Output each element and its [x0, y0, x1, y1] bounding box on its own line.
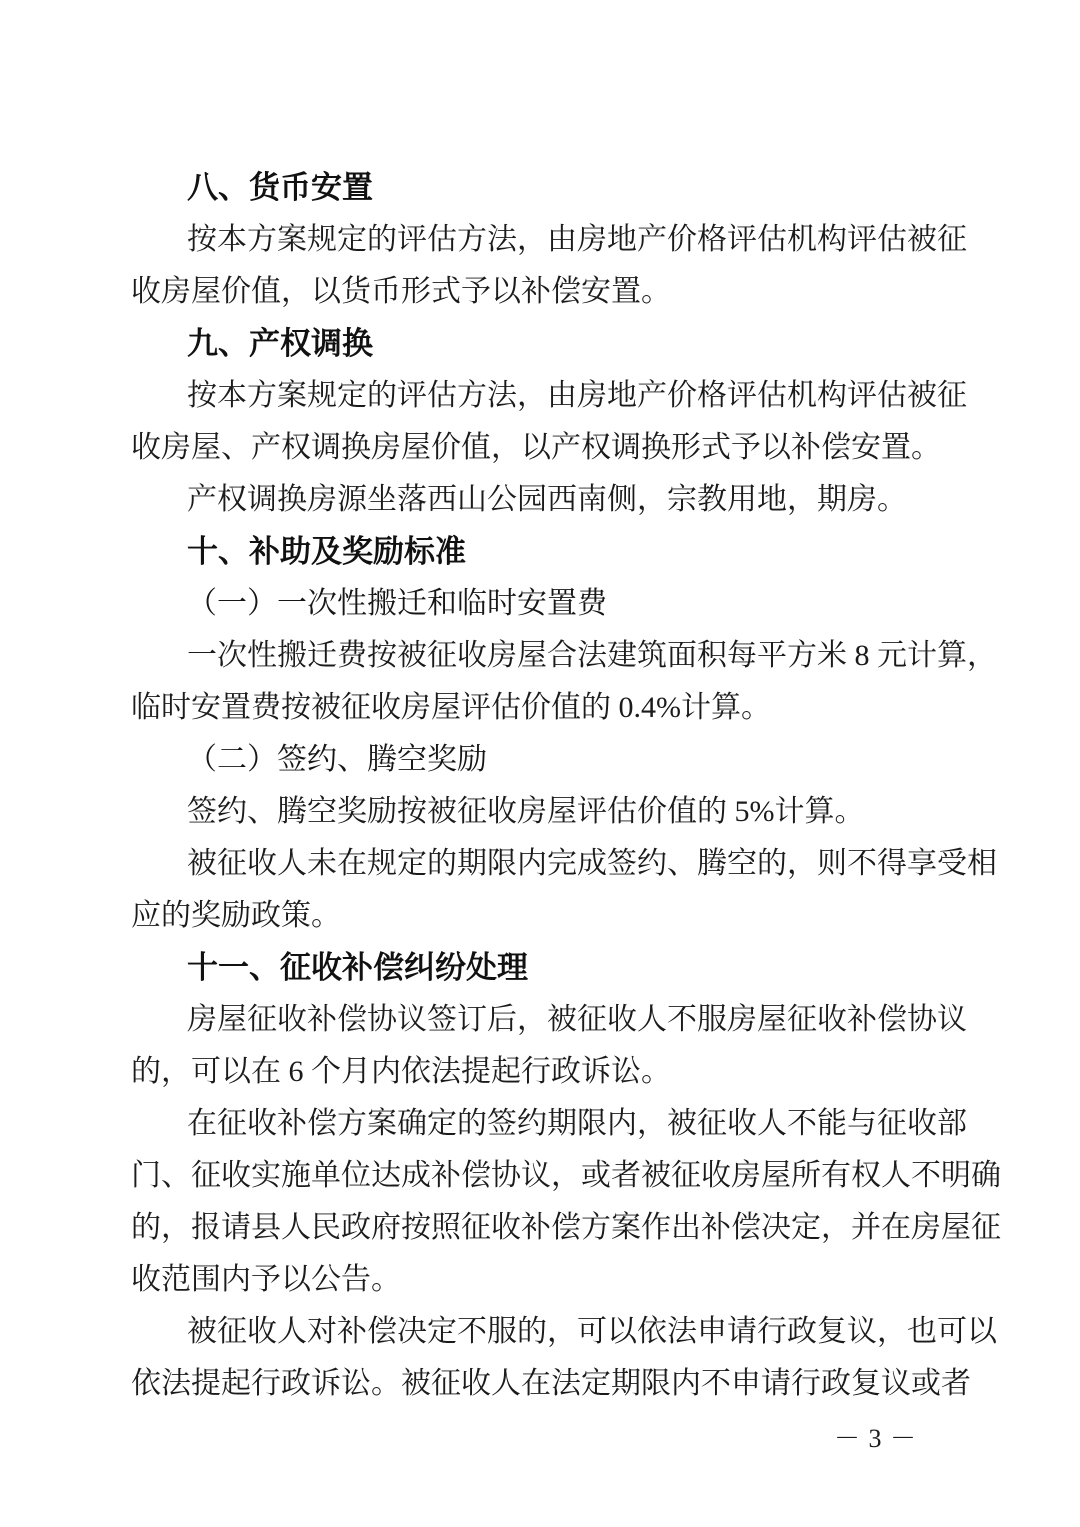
page-number: － 3 －	[834, 1424, 917, 1454]
section-heading: 十一、征收补偿纠纷处理	[131, 942, 950, 994]
section-heading: 十、补助及奖励标准	[131, 526, 950, 578]
text-line: 被征收人未在规定的期限内完成签约、腾空的，则不得享受相	[131, 838, 950, 890]
document-page: 八、货币安置按本方案规定的评估方法，由房地产价格评估机构评估被征收房屋价值，以货…	[0, 0, 1080, 1527]
sub-heading: （二）签约、腾空奖励	[131, 734, 950, 786]
text-line: 签约、腾空奖励按被征收房屋评估价值的 5%计算。	[131, 786, 950, 838]
text-line: 收范围内予以公告。	[131, 1254, 950, 1306]
text-line: 房屋征收补偿协议签订后，被征收人不服房屋征收补偿协议	[131, 994, 950, 1046]
text-line: 临时安置费按被征收房屋评估价值的 0.4%计算。	[131, 682, 950, 734]
text-line: 的，报请县人民政府按照征收补偿方案作出补偿决定，并在房屋征	[131, 1202, 950, 1254]
section-heading: 九、产权调换	[131, 318, 950, 370]
text-line: 一次性搬迁费按被征收房屋合法建筑面积每平方米 8 元计算，	[131, 630, 950, 682]
text-line: 依法提起行政诉讼。被征收人在法定期限内不申请行政复议或者	[131, 1358, 950, 1410]
section-heading: 八、货币安置	[131, 162, 950, 214]
document-body: 八、货币安置按本方案规定的评估方法，由房地产价格评估机构评估被征收房屋价值，以货…	[131, 162, 950, 1410]
text-line: 被征收人对补偿决定不服的，可以依法申请行政复议，也可以	[131, 1306, 950, 1358]
text-line: 按本方案规定的评估方法，由房地产价格评估机构评估被征	[131, 370, 950, 422]
sub-heading: （一）一次性搬迁和临时安置费	[131, 578, 950, 630]
text-line: 的，可以在 6 个月内依法提起行政诉讼。	[131, 1046, 950, 1098]
text-line: 门、征收实施单位达成补偿协议，或者被征收房屋所有权人不明确	[131, 1150, 950, 1202]
text-line: 产权调换房源坐落西山公园西南侧，宗教用地，期房。	[131, 474, 950, 526]
text-line: 在征收补偿方案确定的签约期限内，被征收人不能与征收部	[131, 1098, 950, 1150]
text-line: 应的奖励政策。	[131, 890, 950, 942]
text-line: 收房屋价值，以货币形式予以补偿安置。	[131, 266, 950, 318]
text-line: 收房屋、产权调换房屋价值，以产权调换形式予以补偿安置。	[131, 422, 950, 474]
text-line: 按本方案规定的评估方法，由房地产价格评估机构评估被征	[131, 214, 950, 266]
